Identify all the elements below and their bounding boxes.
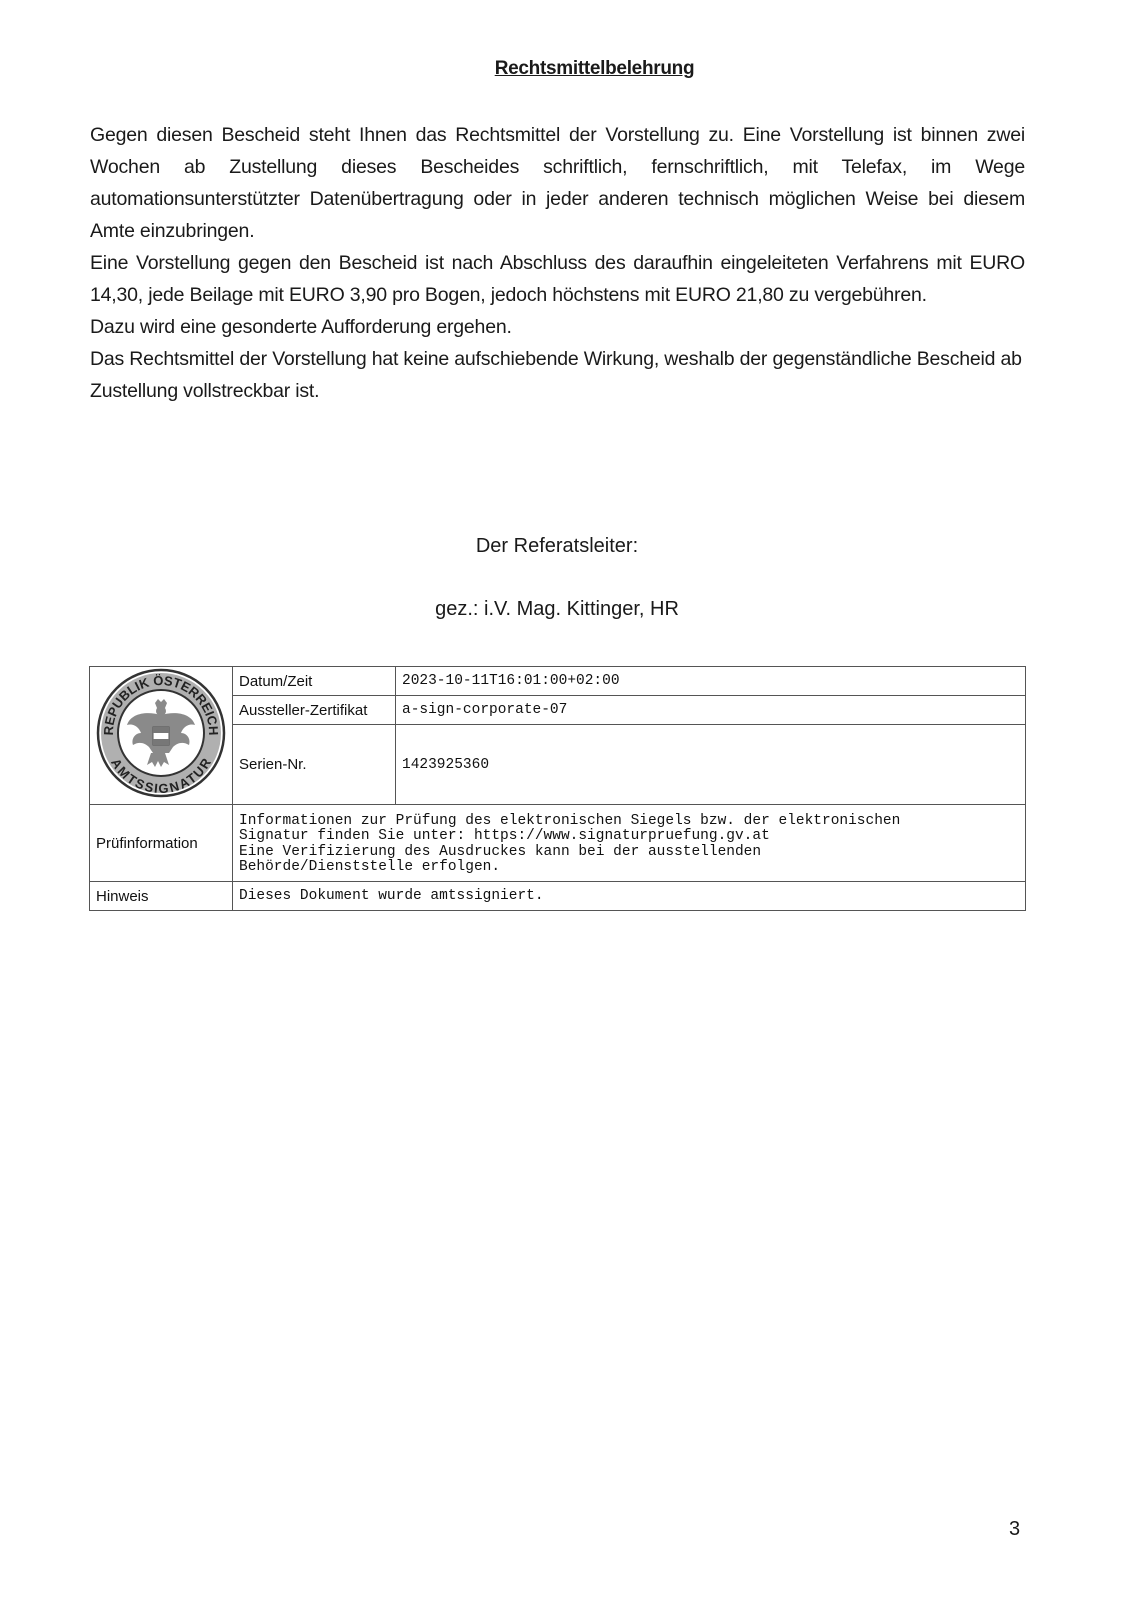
page-number: 3 <box>1009 1518 1020 1541</box>
value-hinweis: Dieses Dokument wurde amtssigniert. <box>233 882 1026 911</box>
pruefinformation-line: Informationen zur Prüfung des elektronis… <box>239 814 1019 830</box>
pruefinformation-line: Eine Verifizierung des Ausdruckes kann b… <box>239 845 1019 861</box>
label-pruefinformation: Prüfinformation <box>90 805 233 882</box>
value-serien-nr: 1423925360 <box>396 725 1026 805</box>
value-aussteller-zertifikat: a-sign-corporate-07 <box>396 696 1026 725</box>
label-datum-zeit: Datum/Zeit <box>233 667 396 696</box>
pruefinformation-line: Signatur finden Sie unter: https://www.s… <box>239 829 1019 845</box>
label-aussteller-zertifikat: Aussteller-Zertifikat <box>233 696 396 725</box>
pruefinformation-line: Behörde/Dienststelle erfolgen. <box>239 860 1019 876</box>
label-hinweis: Hinweis <box>90 882 233 911</box>
official-signature-table: REPUBLIK ÖSTERREICH AMTSSIGNATUR Datum/Z… <box>89 666 1026 911</box>
label-serien-nr: Serien-Nr. <box>233 725 396 805</box>
seal-cell: REPUBLIK ÖSTERREICH AMTSSIGNATUR <box>90 667 233 805</box>
legal-notice-body: Gegen diesen Bescheid steht Ihnen das Re… <box>90 119 1025 407</box>
section-heading: Rechtsmittelbelehrung <box>0 58 1123 80</box>
signature-title: Der Referatsleiter: <box>0 535 1114 558</box>
paragraph-no-suspensive-effect: Das Rechtsmittel der Vorstellung hat kei… <box>90 343 1025 407</box>
paragraph-appeal-deadline: Gegen diesen Bescheid steht Ihnen das Re… <box>90 119 1025 247</box>
value-datum-zeit: 2023-10-11T16:01:00+02:00 <box>396 667 1026 696</box>
value-pruefinformation: Informationen zur Prüfung des elektronis… <box>233 805 1026 882</box>
paragraph-fees: Eine Vorstellung gegen den Bescheid ist … <box>90 247 1025 311</box>
austrian-eagle-seal-icon: REPUBLIK ÖSTERREICH AMTSSIGNATUR <box>95 667 227 799</box>
paragraph-request-notice: Dazu wird eine gesonderte Aufforderung e… <box>90 311 1025 343</box>
signature-name: gez.: i.V. Mag. Kittinger, HR <box>0 598 1114 621</box>
